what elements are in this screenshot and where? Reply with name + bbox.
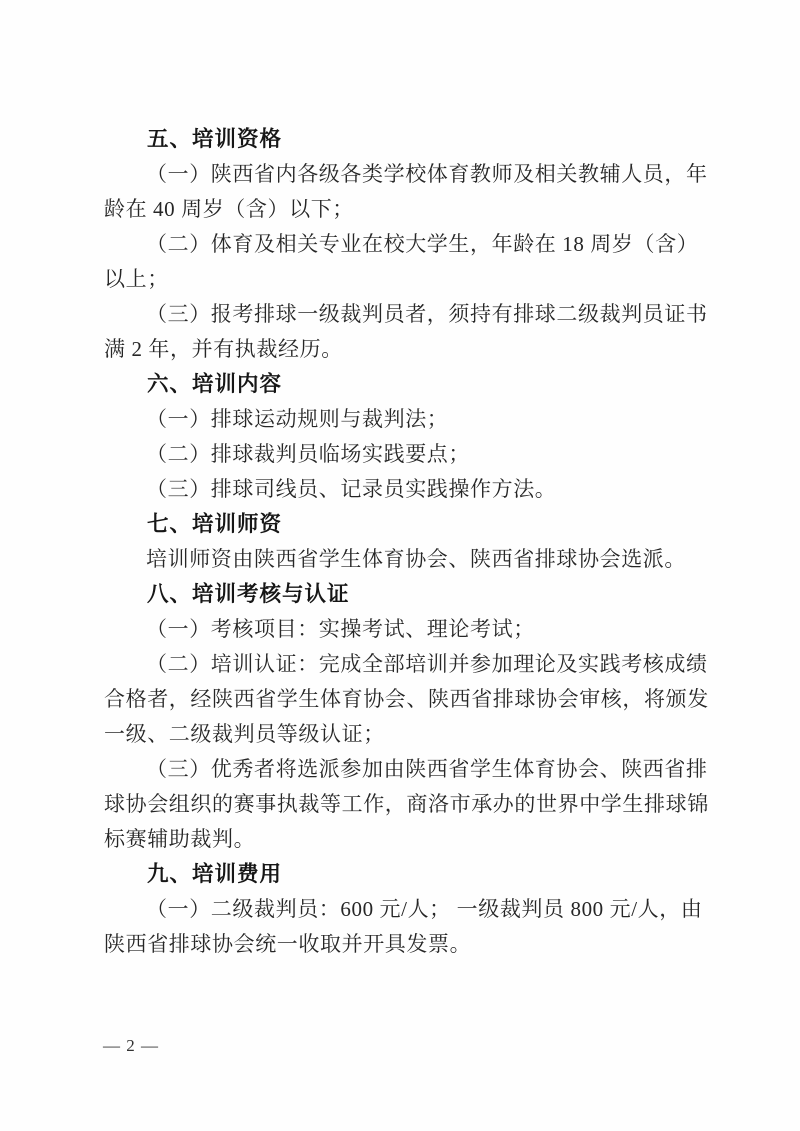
page-footer: — 2 — <box>103 1035 159 1057</box>
section-heading: 五、培训资格 <box>104 122 726 157</box>
section-7-faculty: 七、培训师资 培训师资由陕西省学生体育协会、陕西省排球协会选派。 <box>104 507 726 577</box>
page-number: — 2 — <box>103 1036 159 1055</box>
paragraph: （三）排球司线员、记录员实践操作方法。 <box>104 472 726 507</box>
paragraph: （三）优秀者将选派参加由陕西省学生体育协会、陕西省排 球协会组织的赛事执裁等工作… <box>104 752 726 857</box>
paragraph: （一）陕西省内各级各类学校体育教师及相关教辅人员，年 龄在 40 周岁（含）以下… <box>104 157 726 227</box>
paragraph: （三）报考排球一级裁判员者，须持有排球二级裁判员证书 满 2 年，并有执裁经历。 <box>104 297 726 367</box>
paragraph: （二）体育及相关专业在校大学生，年龄在 18 周岁（含） 以上； <box>104 227 726 297</box>
document-page: 五、培训资格 （一）陕西省内各级各类学校体育教师及相关教辅人员，年 龄在 40 … <box>0 0 800 1131</box>
section-6-content: 六、培训内容 （一）排球运动规则与裁判法； （二）排球裁判员临场实践要点； （三… <box>104 367 726 507</box>
paragraph: （一）考核项目：实操考试、理论考试； <box>104 612 726 647</box>
section-heading: 七、培训师资 <box>104 507 726 542</box>
paragraph: （一）二级裁判员：600 元/人； 一级裁判员 800 元/人，由 陕西省排球协… <box>104 892 726 962</box>
section-9-fees: 九、培训费用 （一）二级裁判员：600 元/人； 一级裁判员 800 元/人，由… <box>104 857 726 962</box>
paragraph: （二）排球裁判员临场实践要点； <box>104 437 726 472</box>
section-heading: 九、培训费用 <box>104 857 726 892</box>
paragraph: 培训师资由陕西省学生体育协会、陕西省排球协会选派。 <box>104 542 726 577</box>
paragraph: （一）排球运动规则与裁判法； <box>104 402 726 437</box>
section-heading: 六、培训内容 <box>104 367 726 402</box>
section-heading: 八、培训考核与认证 <box>104 577 726 612</box>
document-body: 五、培训资格 （一）陕西省内各级各类学校体育教师及相关教辅人员，年 龄在 40 … <box>104 122 726 962</box>
paragraph: （二）培训认证：完成全部培训并参加理论及实践考核成绩 合格者，经陕西省学生体育协… <box>104 647 726 752</box>
section-8-assessment: 八、培训考核与认证 （一）考核项目：实操考试、理论考试； （二）培训认证：完成全… <box>104 577 726 857</box>
section-5-qualifications: 五、培训资格 （一）陕西省内各级各类学校体育教师及相关教辅人员，年 龄在 40 … <box>104 122 726 367</box>
